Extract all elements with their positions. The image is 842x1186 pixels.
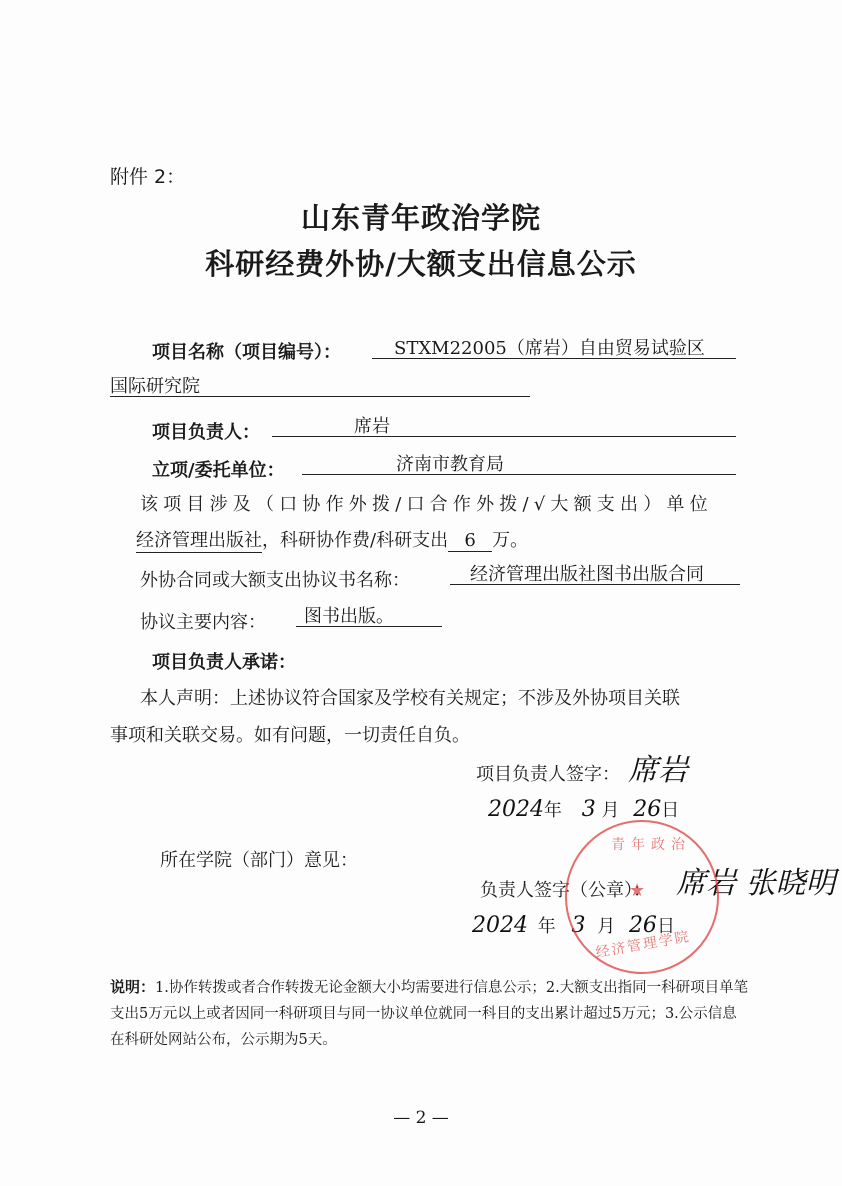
document-title-subject: 科研经费外协/大额支出信息公示 <box>0 242 842 283</box>
stamp-bottom-text: 经济管理学院 <box>594 926 692 962</box>
commissioning-unit-value: 济南市教育局 <box>302 454 504 475</box>
leader-signature: 席岩 <box>628 745 688 789</box>
agreement-content-value: 图书出版。 <box>296 606 394 627</box>
official-seal-stamp: 青年政治 ★ 经济管理学院 <box>565 820 719 974</box>
star-icon: ★ <box>629 880 645 901</box>
agreement-content-field: 图书出版。 <box>296 602 442 627</box>
leader-signature-date: 2024年 3 月 26日 <box>488 796 679 822</box>
partner-unit: 经济管理出版社 <box>136 526 262 553</box>
note-section: 说明：1.协作转拨或者合作转拨无论金额大小均需要进行信息公示；2.大额支出指同一… <box>110 974 750 1053</box>
project-name-field-line2: 国际研究院 <box>110 372 530 397</box>
commitment-text-line2: 事项和关联交易。如有问题，一切责任自负。 <box>110 721 470 747</box>
note-text: 1.协作转拨或者合作转拨无论金额大小均需要进行信息公示；2.大额支出指同一科研项… <box>110 980 748 1048</box>
commitment-heading: 项目负责人承诺： <box>152 648 296 674</box>
expense-unit: 万。 <box>492 530 528 551</box>
attachment-label: 附件 2： <box>110 162 185 189</box>
document-title-institution: 山东青年政治学院 <box>0 196 842 237</box>
project-name-field: STXM22005（席岩）自由贸易试验区 <box>372 334 736 359</box>
project-leader-label: 项目负责人： <box>152 418 260 444</box>
agreement-name-field: 经济管理出版社图书出版合同 <box>450 560 740 585</box>
leader-signature-label: 项目负责人签字： <box>476 760 620 786</box>
involvement-line2: 经济管理出版社，科研协作费/科研支出6万。 <box>136 526 528 553</box>
commitment-text-line1: 本人声明：上述协议符合国家及学校有关规定；不涉及外协项目关联 <box>140 684 680 710</box>
expense-amount: 6 <box>448 530 492 552</box>
stamp-top-text: 青年政治 <box>611 834 691 854</box>
involvement-text: 该项目涉及（口协作外拨/口合作外拨/√大额支出）单位 <box>140 490 713 516</box>
project-name-label: 项目名称（项目编号）： <box>152 338 341 364</box>
project-leader-value: 席岩 <box>272 416 390 437</box>
agreement-name-label: 外协合同或大额支出协议书名称： <box>140 566 410 592</box>
expense-text: ，科研协作费/科研支出 <box>262 530 448 551</box>
project-name-value: STXM22005（席岩）自由贸易试验区 <box>372 338 705 359</box>
project-leader-field: 席岩 <box>272 412 736 437</box>
note-label: 说明： <box>110 978 155 996</box>
agreement-content-label: 协议主要内容： <box>140 608 266 634</box>
agreement-name-value: 经济管理出版社图书出版合同 <box>450 564 704 585</box>
page-number: — 2 — <box>0 1108 842 1128</box>
department-opinion-label: 所在学院（部门）意见： <box>160 846 358 872</box>
project-name-value-line2: 国际研究院 <box>110 376 200 397</box>
commissioning-unit-field: 济南市教育局 <box>302 450 736 475</box>
commissioning-unit-label: 立项/委托单位： <box>152 456 285 482</box>
